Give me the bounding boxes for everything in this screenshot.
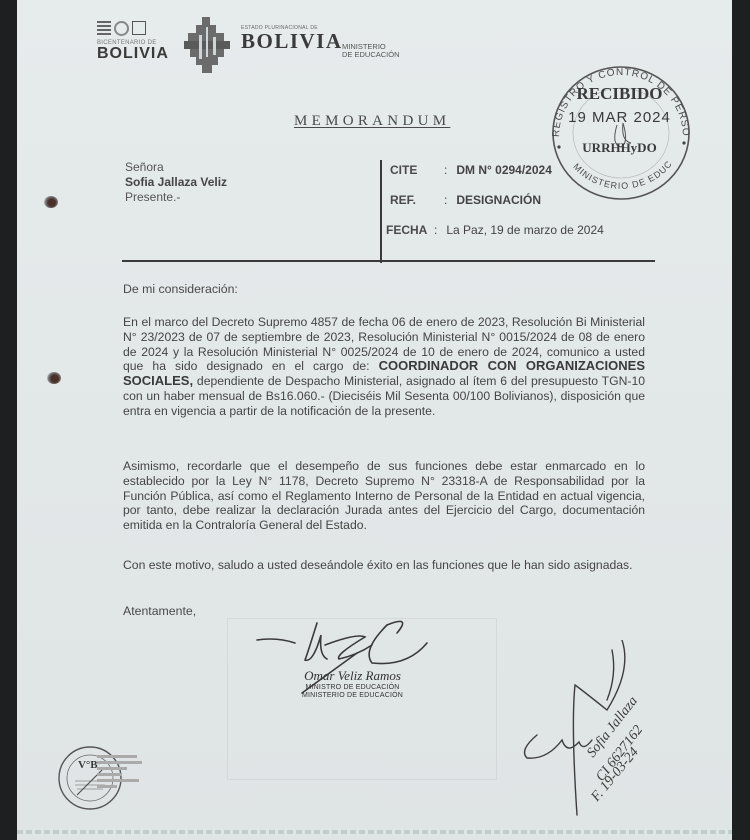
ministerio-logo-text: MINISTERIO DE EDUCACIÓN [342, 43, 400, 59]
addressee-presente: Presente.- [125, 190, 227, 205]
paragraph-3: Con este motivo, saludo a usted deseándo… [123, 558, 645, 573]
bicentenario-big-text: BOLIVIA [97, 46, 169, 61]
paragraph-1-rest: dependiente de Despacho Ministerial, asi… [123, 374, 645, 418]
signer-institution: MINISTERIO DE EDUCACIÓN [302, 692, 403, 700]
flag-icon [97, 21, 111, 35]
vb-notes-faint [97, 753, 142, 791]
bicentenario-logo: BICENTENARIO DE BOLIVIA [97, 18, 169, 61]
closing: Atentamente, [123, 604, 196, 618]
signer-name: Omar Veliz Ramos [302, 668, 403, 684]
meta-ref-value: DESIGNACIÓN [456, 193, 541, 207]
bottom-edge-strip [17, 830, 732, 834]
seal-icon [114, 21, 129, 36]
binder-hole-icon [47, 372, 61, 384]
header-horizontal-divider [122, 260, 655, 262]
meta-cite-sep: : [444, 163, 447, 177]
meta-cite-label: CITE [390, 163, 444, 177]
meta-ref: REF.:DESIGNACIÓN [390, 193, 541, 207]
greeting: De mi consideración: [123, 282, 238, 296]
stamp-unit: URRHHyDO [537, 140, 702, 156]
binder-hole-icon [44, 196, 58, 208]
estado-plurinacional-logo: ESTADO PLURINACIONAL DE BOLIVIA [241, 25, 343, 51]
meta-cite: CITE:DM N° 0294/2024 [390, 163, 552, 177]
meta-ref-sep: : [444, 193, 447, 207]
document-title: MEMORANDUM [294, 113, 450, 130]
handwritten-receipt-signature: Sofia Jallaza CI 6627162 F. 19-03-24 [507, 640, 727, 820]
emblem-icon [132, 21, 146, 35]
estado-big-text: BOLIVIA [241, 31, 343, 51]
signer-block: Omar Veliz Ramos MINISTRO DE EDUCACIÓN M… [302, 668, 403, 700]
meta-fecha: FECHA:La Paz, 19 de marzo de 2024 [386, 223, 604, 237]
addressee-block: Señora Sofia Jallaza Veliz Presente.- [125, 160, 227, 205]
header-vertical-divider [380, 160, 382, 263]
stamp-date: 19 MAR 2024 [537, 109, 702, 126]
paragraph-1: En el marco del Decreto Supremo 4857 de … [123, 315, 645, 419]
meta-fecha-value: La Paz, 19 de marzo de 2024 [446, 223, 603, 237]
meta-fecha-label: FECHA [386, 223, 434, 237]
meta-ref-label: REF. [390, 193, 444, 207]
addressee-salutation: Señora [125, 160, 227, 175]
chakana-emblem-icon [182, 17, 234, 73]
document-page: BICENTENARIO DE BOLIVIA ESTADO PLURINACI… [17, 0, 732, 840]
paragraph-2: Asimismo, recordarle que el desempeño de… [123, 459, 645, 533]
ministerio-line2: DE EDUCACIÓN [342, 51, 400, 59]
addressee-name: Sofia Jallaza Veliz [125, 175, 227, 190]
received-stamp: REGISTRO Y CONTROL DE PERSONAL MINISTERI… [537, 55, 702, 205]
signer-title: MINISTRO DE EDUCACIÓN [302, 684, 403, 692]
stamp-status: RECIBIDO [537, 84, 702, 104]
meta-cite-value: DM N° 0294/2024 [456, 163, 552, 177]
meta-fecha-sep: : [434, 223, 437, 237]
